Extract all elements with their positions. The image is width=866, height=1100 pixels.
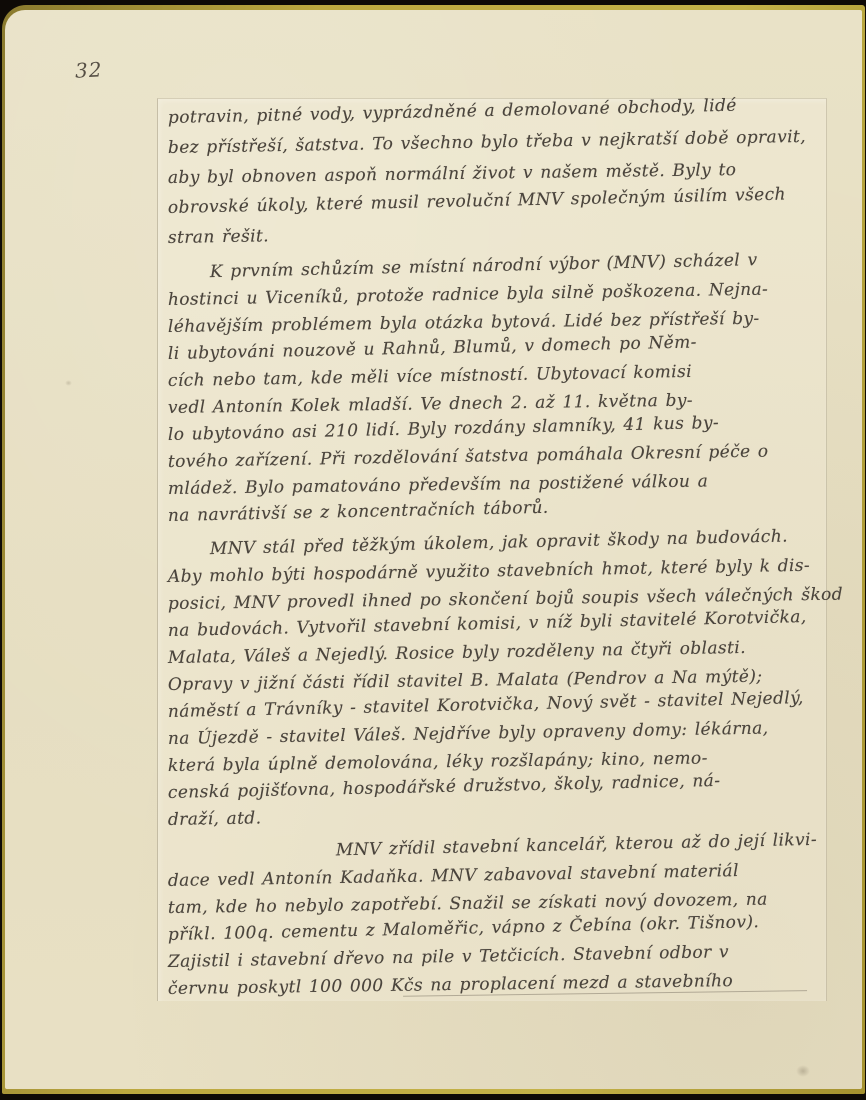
paragraph: MNV zřídil stavební kancelář, kterou až …	[168, 841, 820, 1003]
handwritten-text-block: potravin, pitné vody, vyprázdněné a demo…	[168, 103, 820, 1003]
pasted-manuscript-sheet: potravin, pitné vody, vyprázdněné a demo…	[157, 98, 827, 1001]
album-page: 32 potravin, pitné vody, vyprázdněné a d…	[5, 10, 862, 1089]
paragraph: MNV stál před těžkým úkolem, jak opravit…	[168, 537, 820, 834]
page-number-label: 32	[74, 57, 103, 82]
paragraph: K prvním schůzím se místní národní výbor…	[168, 260, 820, 530]
paragraph: potravin, pitné vody, vyprázdněné a demo…	[168, 103, 820, 253]
